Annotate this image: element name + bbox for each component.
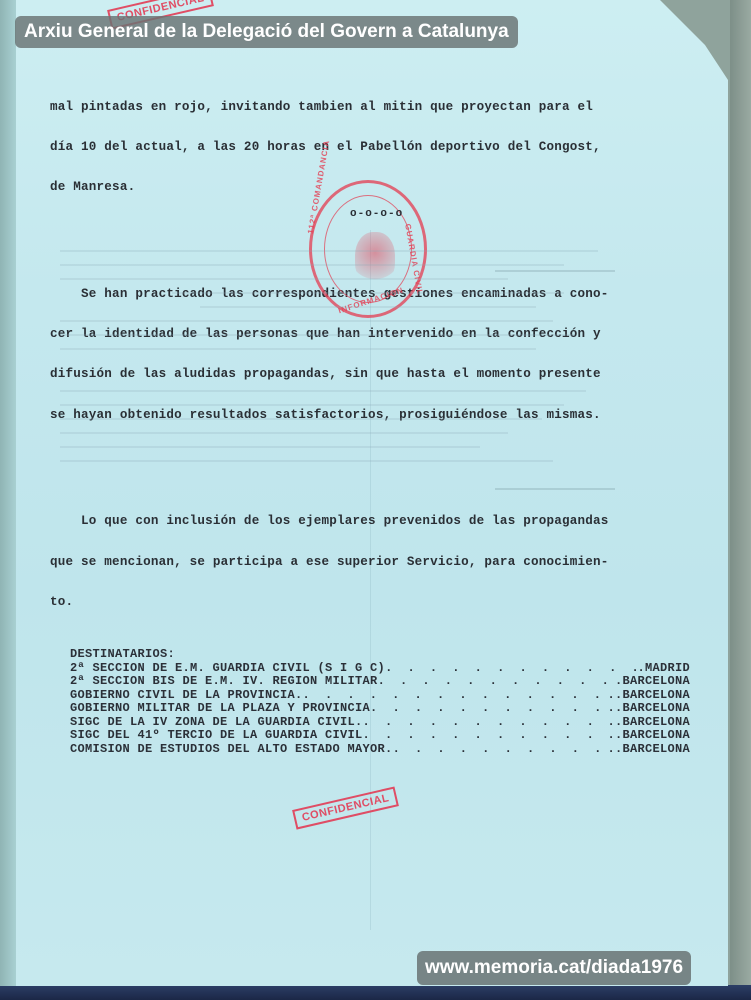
leader-dots: . . . . . . . . . . . . . . . . . . . . … xyxy=(303,689,608,703)
paragraph-3: Lo que con inclusión de los ejemplares p… xyxy=(50,489,730,636)
recipient-city: .BARCELONA xyxy=(615,675,690,689)
recipient-name: 2ª SECCION DE E.M. GUARDIA CIVIL (S I G … xyxy=(70,662,385,676)
leader-dots: . . . . . . . . . . . . . . . . . . . . xyxy=(378,675,615,689)
recipients-heading: DESTINATARIOS: xyxy=(70,648,690,662)
page-edge-shadow xyxy=(0,0,16,986)
recipient-name: 2ª SECCION BIS DE E.M. IV. REGION MILITA… xyxy=(70,675,378,689)
text-line: Lo que con inclusión de los ejemplares p… xyxy=(50,515,730,528)
bleed-through-text xyxy=(60,250,620,474)
recipient-name: GOBIERNO MILITAR DE LA PLAZA Y PROVINCIA xyxy=(70,702,370,716)
bleed-through-heading xyxy=(495,488,615,490)
leader-dots: . . . . . . . . . . . . . . . . . . . . xyxy=(385,662,637,676)
recipient-row: 2ª SECCION BIS DE E.M. IV. REGION MILITA… xyxy=(70,675,690,689)
document-page: CONFIDENCIAL mal pintadas en rojo, invit… xyxy=(0,0,728,986)
bleed-through-heading xyxy=(495,270,615,272)
leader-dots: . . . . . . . . . . . . . . . . . . . . xyxy=(363,729,608,743)
leader-dots: . . . . . . . . . . . . . . . . . . . . xyxy=(370,702,607,716)
recipient-city: ..BARCELONA xyxy=(607,743,690,757)
recipient-row: GOBIERNO MILITAR DE LA PLAZA Y PROVINCIA… xyxy=(70,702,690,716)
confidential-stamp-bottom: CONFIDENCIAL xyxy=(292,786,399,829)
text-line: to. xyxy=(50,596,730,609)
text-line: mal pintadas en rojo, invitando tambien … xyxy=(50,101,730,114)
recipient-city: ..BARCELONA xyxy=(607,689,690,703)
recipient-name: COMISION DE ESTUDIOS DEL ALTO ESTADO MAY… xyxy=(70,743,393,757)
source-url-overlay[interactable]: www.memoria.cat/diada1976 xyxy=(417,951,691,985)
recipient-city: ..BARCELONA xyxy=(607,716,690,730)
leader-dots: . . . . . . . . . . . . . . . . . . . . xyxy=(393,743,608,757)
section-separator: o-o-o-o xyxy=(350,208,403,220)
recipient-row: COMISION DE ESTUDIOS DEL ALTO ESTADO MAY… xyxy=(70,743,690,757)
recipient-row: SIGC DEL 41º TERCIO DE LA GUARDIA CIVIL … xyxy=(70,729,690,743)
photo-backdrop-bottom xyxy=(0,985,751,1000)
recipient-city: .MADRID xyxy=(637,662,690,676)
recipients-list: DESTINATARIOS: 2ª SECCION DE E.M. GUARDI… xyxy=(70,648,690,756)
recipient-name: GOBIERNO CIVIL DE LA PROVINCIA. xyxy=(70,689,303,703)
leader-dots: . . . . . . . . . . . . . . . . . . . . xyxy=(363,716,608,730)
text-line: que se mencionan, se participa a ese sup… xyxy=(50,556,730,569)
archive-title-overlay: Arxiu General de la Delegació del Govern… xyxy=(15,16,518,48)
recipient-city: ..BARCELONA xyxy=(607,729,690,743)
recipient-row: 2ª SECCION DE E.M. GUARDIA CIVIL (S I G … xyxy=(70,662,690,676)
recipient-row: SIGC DE LA IV ZONA DE LA GUARDIA CIVIL. … xyxy=(70,716,690,730)
recipient-city: ..BARCELONA xyxy=(607,702,690,716)
recipient-name: SIGC DE LA IV ZONA DE LA GUARDIA CIVIL. xyxy=(70,716,363,730)
recipient-row: GOBIERNO CIVIL DE LA PROVINCIA. . . . . … xyxy=(70,689,690,703)
photo-backdrop-right xyxy=(730,0,751,1000)
recipient-name: SIGC DEL 41º TERCIO DE LA GUARDIA CIVIL xyxy=(70,729,363,743)
text-line: día 10 del actual, a las 20 horas en el … xyxy=(50,141,730,154)
